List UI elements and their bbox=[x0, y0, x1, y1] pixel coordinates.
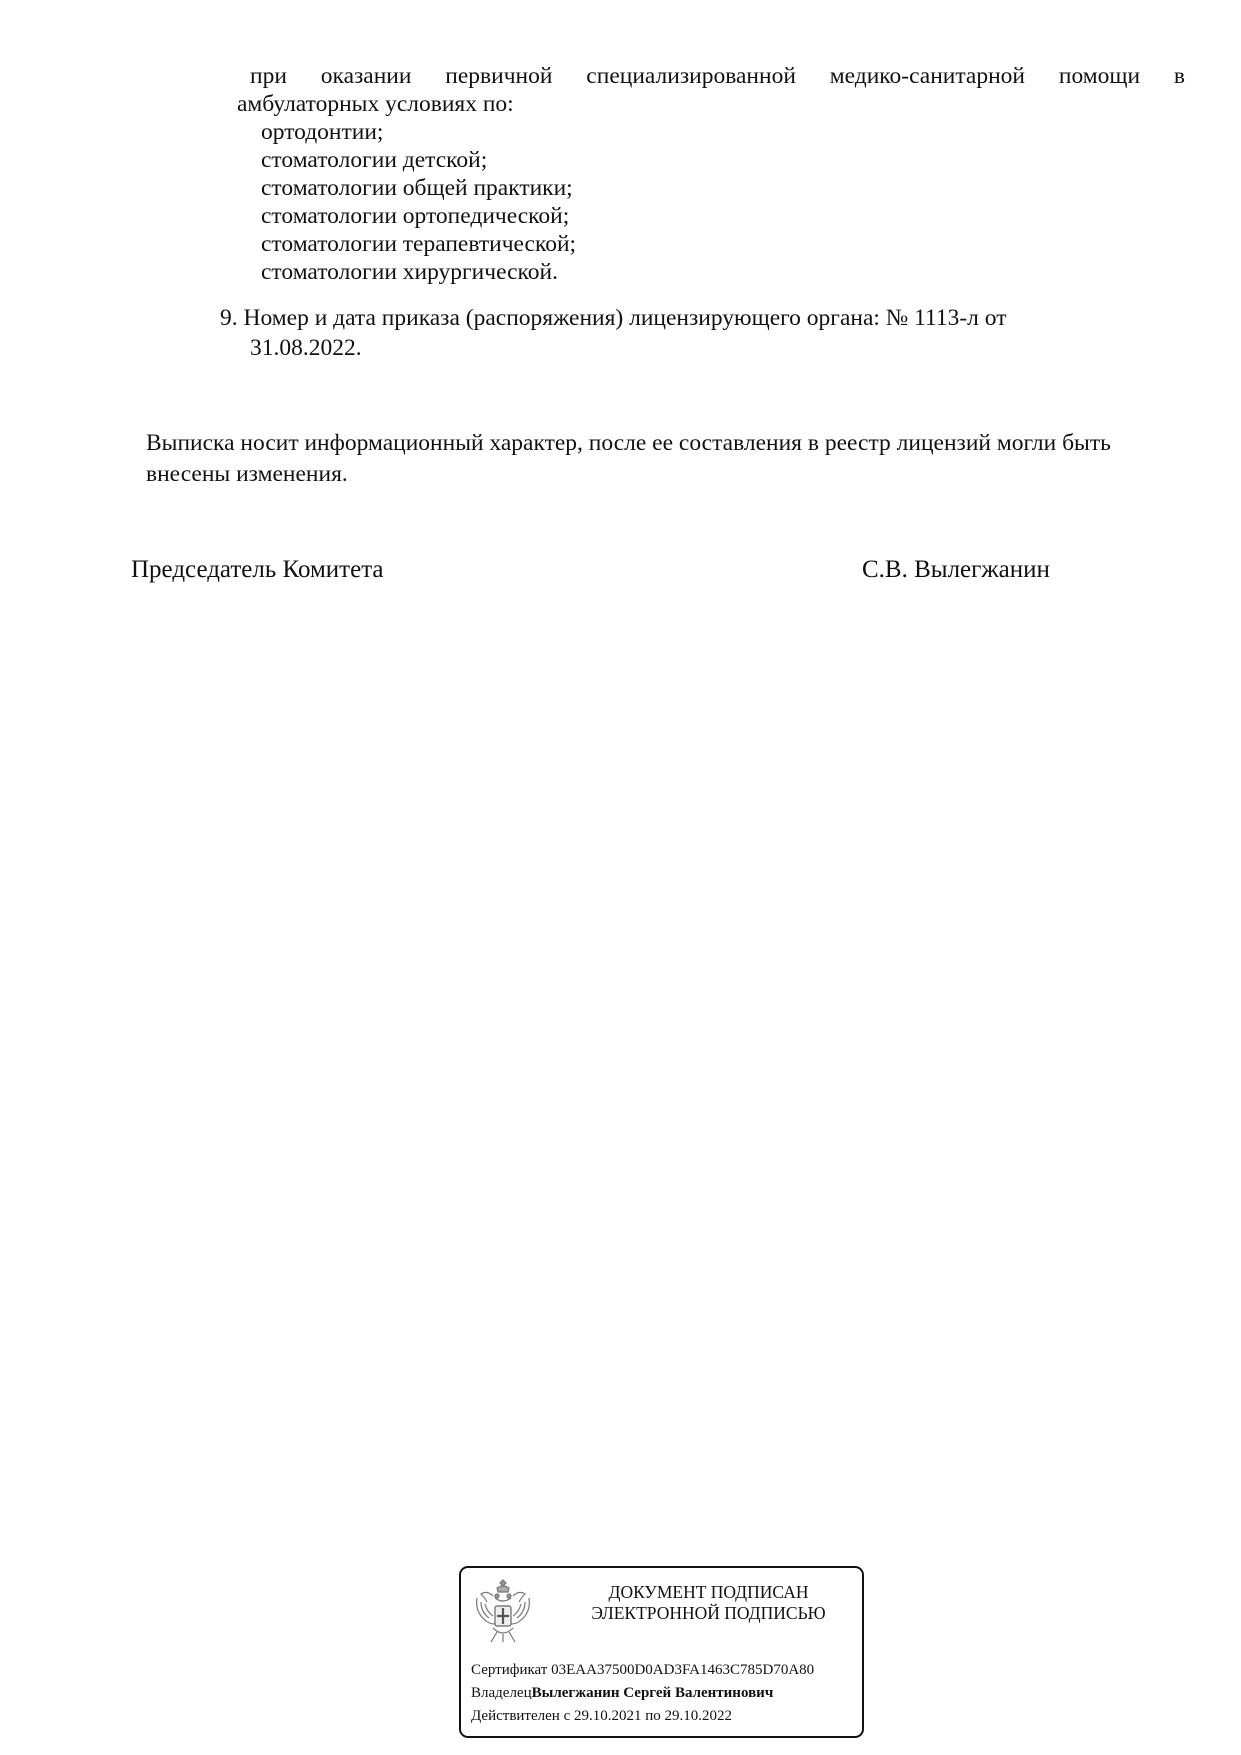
electronic-signature-stamp: ДОКУМЕНТ ПОДПИСАН ЭЛЕКТРОННОЙ ПОДПИСЬЮ С… bbox=[459, 1566, 864, 1738]
signer-name: С.В. Вылегжанин bbox=[862, 556, 1050, 584]
order-date: 31.08.2022. bbox=[250, 334, 362, 362]
intro-line-1: при оказании первичной специализированно… bbox=[250, 62, 1185, 90]
certificate-value: 03EAA37500D0AD3FA1463C785D70A80 bbox=[551, 1662, 814, 1678]
double-headed-eagle-emblem-icon bbox=[471, 1576, 535, 1648]
notice-line-2: внесены изменения. bbox=[146, 460, 348, 488]
certificate-label: Сертификат bbox=[471, 1662, 547, 1678]
stamp-title-line-1: ДОКУМЕНТ ПОДПИСАН bbox=[561, 1582, 856, 1603]
validity-label: Действителен bbox=[471, 1708, 560, 1724]
owner-label: Владелец bbox=[471, 1685, 532, 1701]
validity-value: с 29.10.2021 по 29.10.2022 bbox=[564, 1708, 732, 1724]
service-item: стоматологии хирургической. bbox=[261, 258, 558, 286]
owner-row: ВладелецВылегжанин Сергей Валентинович bbox=[471, 1683, 773, 1703]
validity-row: Действителен с 29.10.2021 по 29.10.2022 bbox=[471, 1706, 732, 1726]
intro-line-2: амбулаторных условиях по: bbox=[237, 90, 514, 118]
order-number-line: 9. Номер и дата приказа (распоряжения) л… bbox=[220, 304, 1006, 332]
stamp-title-line-2: ЭЛЕКТРОННОЙ ПОДПИСЬЮ bbox=[561, 1603, 856, 1624]
signer-position: Председатель Комитета bbox=[131, 556, 384, 584]
certificate-row: Сертификат 03EAA37500D0AD3FA1463C785D70A… bbox=[471, 1660, 814, 1680]
owner-value: Вылегжанин Сергей Валентинович bbox=[532, 1685, 774, 1701]
service-item: стоматологии детской; bbox=[261, 146, 487, 174]
service-item: стоматологии ортопедической; bbox=[261, 202, 569, 230]
service-item: стоматологии терапевтической; bbox=[261, 230, 576, 258]
service-item: стоматологии общей практики; bbox=[261, 174, 573, 202]
notice-line-1: Выписка носит информационный характер, п… bbox=[146, 429, 1111, 457]
service-item: ортодонтии; bbox=[261, 118, 383, 146]
